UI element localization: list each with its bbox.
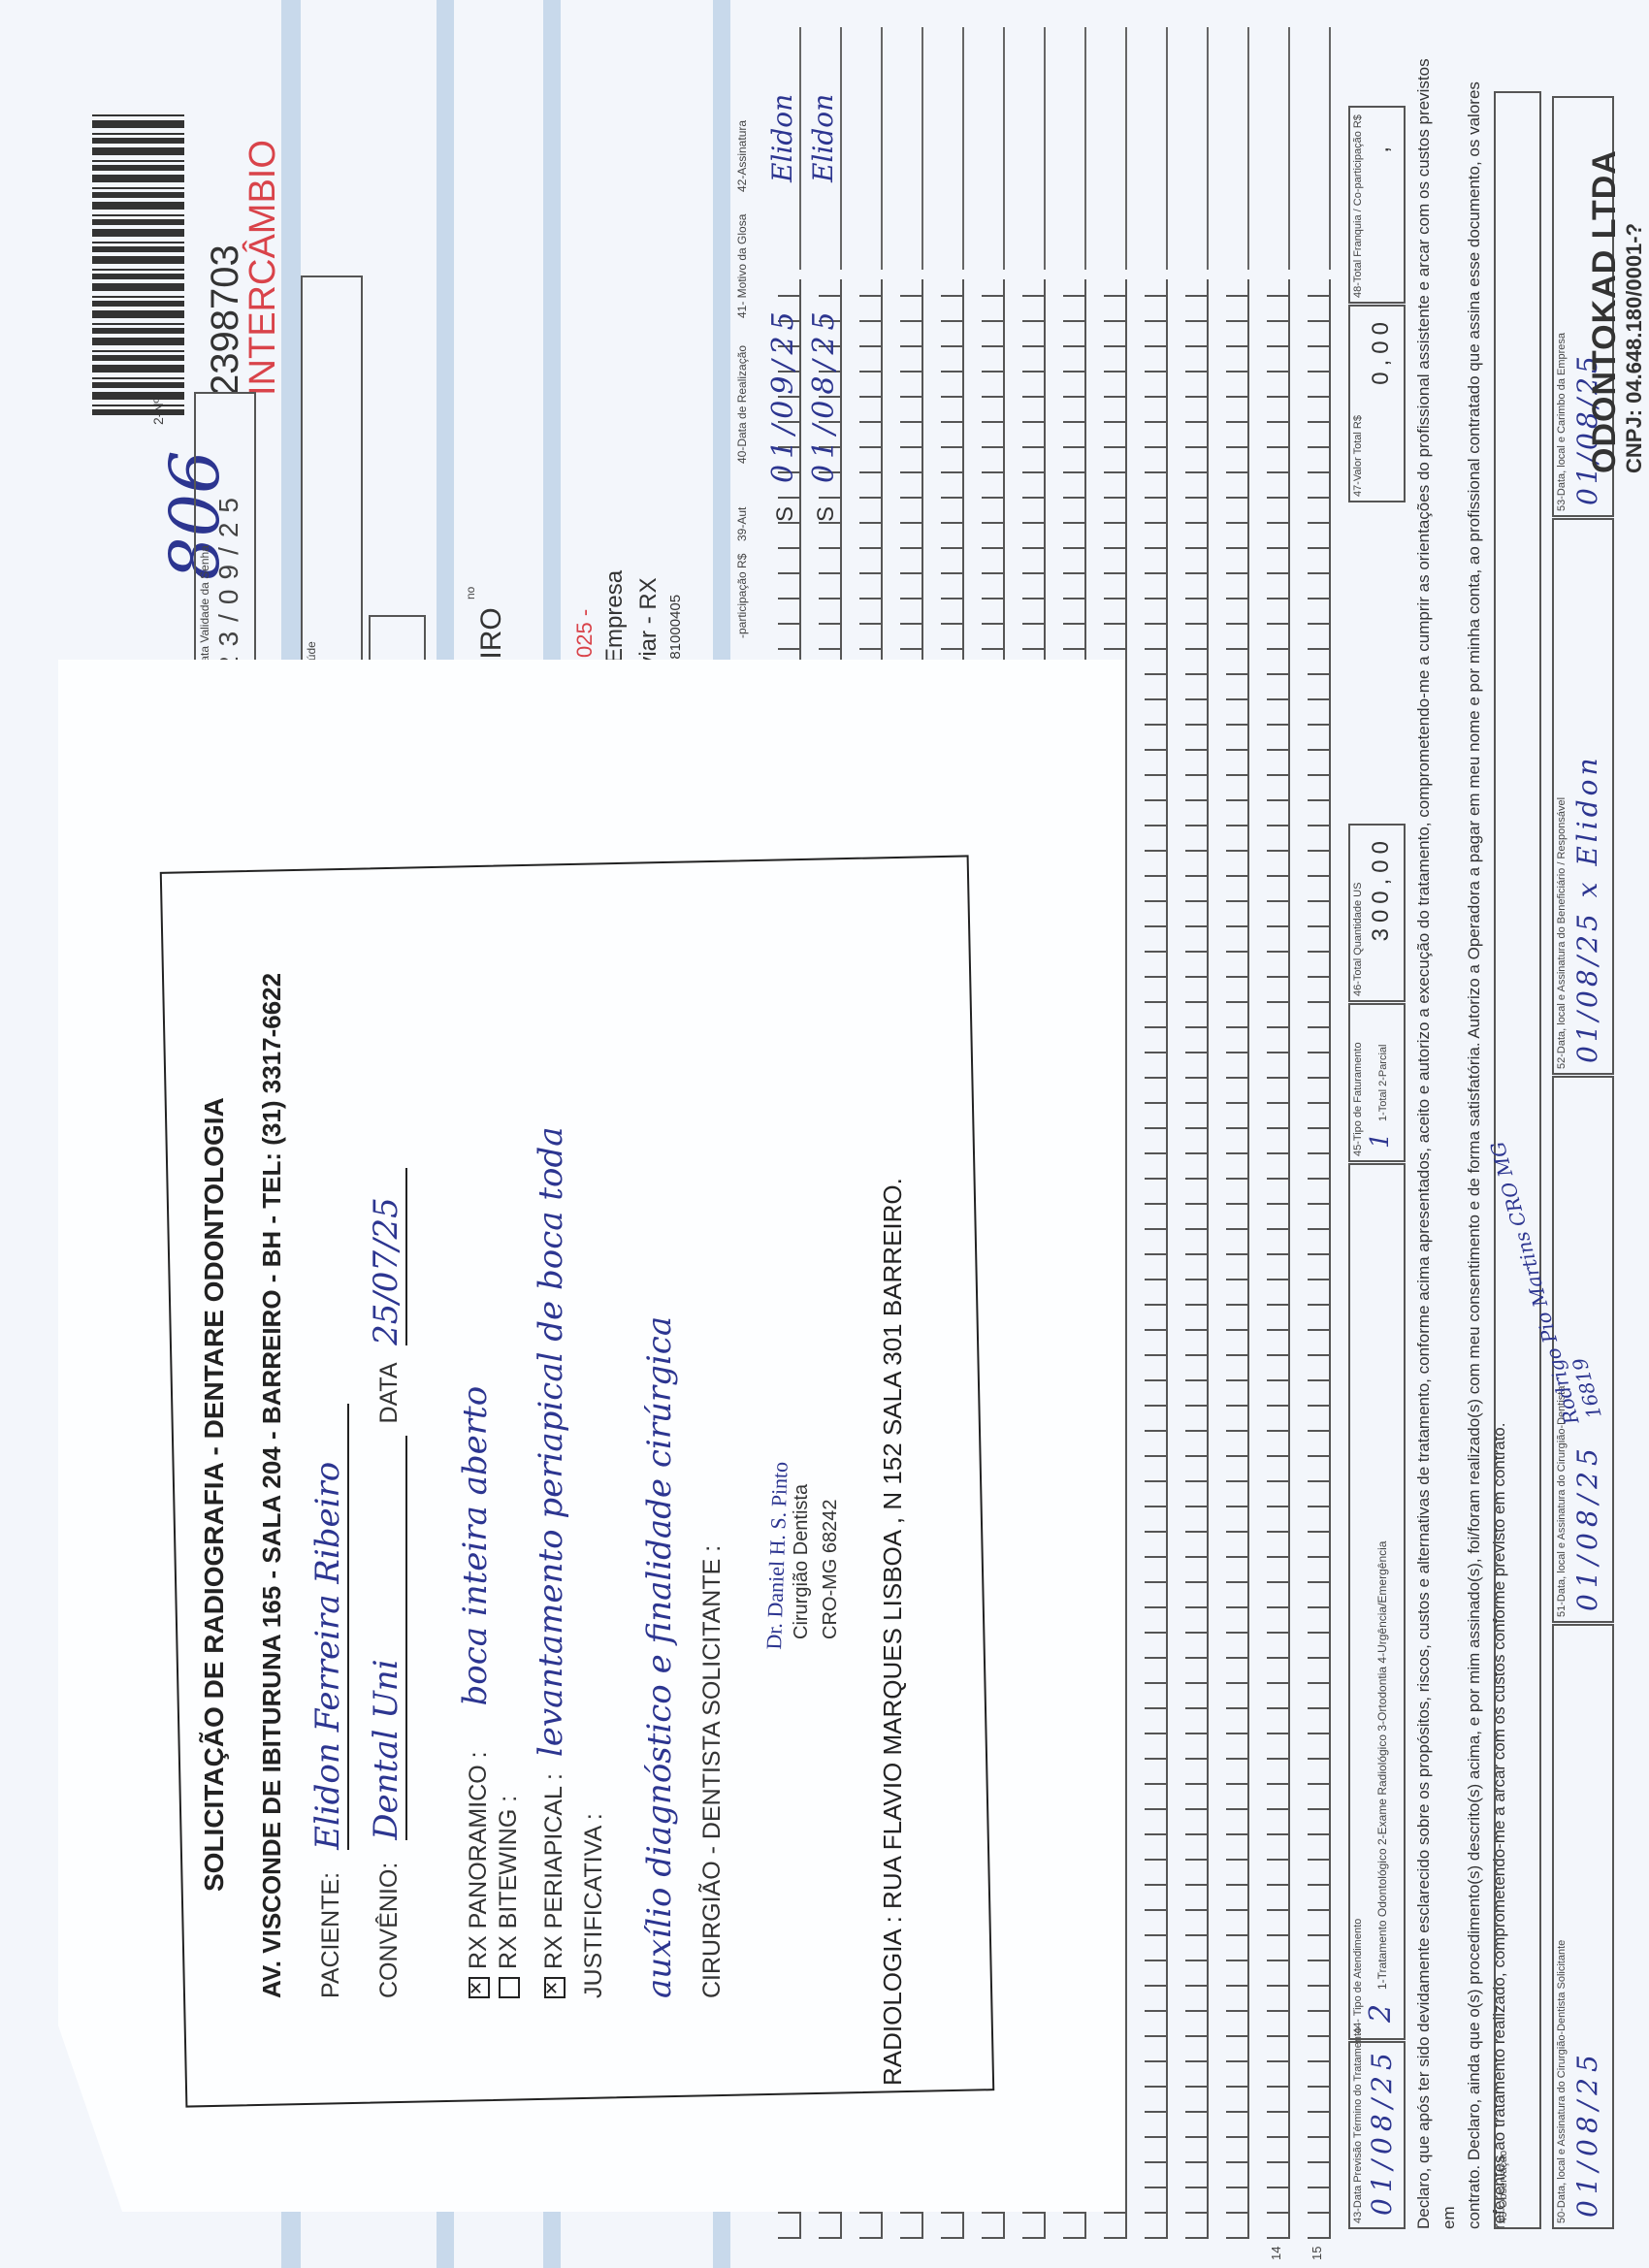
field-51-box: 51-Data, local e Assinatura do Cirurgião… xyxy=(1552,1076,1614,1623)
field-50-label: 50-Data, local e Assinatura do Cirurgião… xyxy=(1556,1940,1568,2223)
field-45-box: 45-Tipo de Faturamento 1 1-Total 2-Parci… xyxy=(1348,1003,1406,1162)
row-input-cells[interactable] xyxy=(1145,279,1168,2239)
signature-line xyxy=(799,27,801,270)
row-input-cells[interactable] xyxy=(1185,279,1209,2239)
field-44-label: 44- Tipo de Atendimento xyxy=(1352,1919,1364,2034)
signature-line xyxy=(1207,27,1209,270)
row-signature: Elidon xyxy=(807,94,839,182)
field-name-label: no xyxy=(464,587,477,599)
col-42: 42-Assinatura xyxy=(735,120,749,192)
data-label: DATA xyxy=(375,1364,403,1424)
note-line-2: levantamento periapical de boca toda xyxy=(532,1126,570,1757)
signature-line xyxy=(881,27,883,270)
field-52-value[interactable]: 01/08/25 x Elidon xyxy=(1571,754,1603,1063)
field-45-value[interactable]: 1 xyxy=(1366,1132,1395,1149)
table-row xyxy=(1255,17,1296,2239)
signature-line xyxy=(1125,27,1127,270)
field-43-value[interactable]: 01/08/25 xyxy=(1366,2047,1398,2216)
barcode-number: 2398703 xyxy=(204,244,247,396)
signature-line xyxy=(1247,27,1249,270)
barcode-icon xyxy=(92,114,184,415)
field-44-box: 44- Tipo de Atendimento 2 1-Tratamento O… xyxy=(1348,1163,1406,2040)
field-50-value[interactable]: 01/08/25 xyxy=(1571,2049,1603,2218)
checkbox-bitewing[interactable] xyxy=(499,1977,520,1998)
field-49-label: 49-Observação xyxy=(1498,2151,1509,2223)
field-46-box: 46-Total Quantidade US 300,00 xyxy=(1348,824,1406,1002)
field-44-options: 1-Tratamento Odontológico 2-Exame Radiol… xyxy=(1375,1541,1389,1990)
field-47-value[interactable]: 0,00 xyxy=(1368,316,1395,385)
justificativa-label: JUSTIFICATIVA : xyxy=(580,1813,607,1998)
row-input-cells[interactable] xyxy=(1226,279,1249,2239)
radiology-address: AV. VISCONDE DE IBITURUNA 165 - SALA 204… xyxy=(257,973,287,1998)
row-number: 15 xyxy=(1309,2247,1324,2260)
field-46-label: 46-Total Quantidade US xyxy=(1352,883,1364,996)
field-48-label: 48-Total Franquia / Co-participação R$ xyxy=(1352,114,1364,298)
option-periapical-label: RX PERIAPICAL : xyxy=(540,1773,567,1969)
option-panoramico-label: RX PANORAMICO : xyxy=(465,1751,492,1969)
company-stamp-name: ODONTOKAD LTDA xyxy=(1586,149,1624,473)
convenio-value[interactable]: Dental Uni xyxy=(367,1436,407,1839)
checkbox-periapical[interactable] xyxy=(544,1977,566,1998)
row-input-cells[interactable] xyxy=(1267,279,1290,2239)
field-44-value[interactable]: 2 xyxy=(1364,2004,1398,2023)
option-bitewing-label: RX BITEWING : xyxy=(495,1796,522,1969)
table-row xyxy=(1296,17,1337,2239)
cirurgiao-label: CIRURGIÃO - DENTISTA SOLICITANTE : xyxy=(698,1545,727,1998)
company-stamp-cnpj: CNPJ: 04.648.180/0001-? xyxy=(1622,223,1647,473)
radiology-title: SOLICITAÇÃO DE RADIOGRAFIA - DENTARE ODO… xyxy=(199,1097,230,1892)
field-52-label: 52-Data, local e Assinatura do Beneficiá… xyxy=(1556,797,1568,1069)
intercambio-label: INTERCÂMBIO xyxy=(242,140,284,396)
field-47-box: 47-Valor Total R$ 0,00 xyxy=(1348,305,1406,502)
option-bitewing[interactable]: RX BITEWING : xyxy=(495,1796,523,1998)
field-45-label: 45-Tipo de Faturamento xyxy=(1352,1042,1364,1156)
field-43-box: 43-Data Previsão Término do Tratamento 0… xyxy=(1348,2041,1406,2229)
radiologia-address: RADIOLOGIA : RUA FLAVIO MARQUES LISBOA ,… xyxy=(878,1178,908,2086)
field-53-label: 53-Data, local e Carimbo da Empresa xyxy=(1556,333,1568,511)
signature-line xyxy=(840,27,842,270)
note-line-1: boca inteira aberto xyxy=(456,1386,495,1706)
dentist-stamp-2: Cirurgião Dentista xyxy=(791,1484,813,1639)
field-7-box: 7-Data Validade da Senha 23/09/25 xyxy=(194,392,256,687)
paciente-value[interactable]: Elidon Ferreira Ribeiro xyxy=(308,1404,349,1850)
option-periapical[interactable]: RX PERIAPICAL : levantamento periapical … xyxy=(532,1126,570,1998)
signature-line xyxy=(921,27,923,270)
declaration-line-1: Declaro, que após ter sido devidamente e… xyxy=(1411,37,1462,2229)
col-39: 39-Aut xyxy=(735,507,749,541)
justificativa-row: JUSTIFICATIVA : xyxy=(580,1813,608,1998)
row-input-cells[interactable] xyxy=(1308,279,1331,2239)
table-row xyxy=(1174,17,1214,2239)
field-45-options: 1-Total 2-Parcial xyxy=(1377,1045,1389,1121)
paciente-label: PACIENTE: xyxy=(317,1872,344,1998)
field-7-value[interactable]: 23/09/25 xyxy=(213,488,244,671)
note-line-3: auxílio diagnóstico e finalidade cirúrgi… xyxy=(640,1316,679,1998)
field-46-value[interactable]: 300,00 xyxy=(1368,835,1395,941)
field-47-label: 47-Valor Total R$ xyxy=(1352,415,1364,497)
signature-line xyxy=(1329,27,1331,270)
field-48-box: 48-Total Franquia / Co-participação R$ , xyxy=(1348,106,1406,304)
data-value[interactable]: 25/07/25 xyxy=(367,1168,407,1345)
signature-line xyxy=(1166,27,1168,270)
signature-line xyxy=(1044,27,1046,270)
row-date: 01/09/25 xyxy=(766,306,800,483)
row-signature: Elidon xyxy=(766,94,798,182)
row-aut: S xyxy=(772,506,799,522)
field-48-value[interactable]: , xyxy=(1368,146,1395,153)
option-panoramico[interactable]: RX PANORAMICO : boca inteira aberto xyxy=(456,1386,495,1998)
field-52-box: 52-Data, local e Assinatura do Beneficiá… xyxy=(1552,518,1614,1075)
signature-line xyxy=(1084,27,1086,270)
signature-line xyxy=(962,27,964,270)
paciente-row: PACIENTE: Elidon Ferreira Ribeiro xyxy=(308,1404,347,1998)
checkbox-panoramico[interactable] xyxy=(469,1977,490,1998)
row-aut: S xyxy=(813,506,840,522)
convenio-row: CONVÊNIO: Dental Uni DATA 25/07/25 xyxy=(367,1168,405,1998)
table-row xyxy=(1133,17,1174,2239)
field-43-label: 43-Data Previsão Término do Tratamento xyxy=(1352,2027,1364,2223)
dentist-stamp-3: CRO-MG 68242 xyxy=(820,1500,842,1640)
field-50-box: 50-Data, local e Assinatura do Cirurgião… xyxy=(1552,1624,1614,2229)
row-date: 01/08/25 xyxy=(807,306,841,483)
convenio-label: CONVÊNIO: xyxy=(375,1863,403,1998)
signature-line xyxy=(1003,27,1005,270)
row-number: 14 xyxy=(1269,2247,1283,2260)
col-40: 40-Data de Realização xyxy=(735,345,749,464)
code-025: 025 - xyxy=(572,609,598,658)
signature-line xyxy=(1288,27,1290,270)
col-coparticipacao: -participação R$ xyxy=(735,554,749,638)
col-41: 41- Motivo da Glosa xyxy=(735,214,749,318)
field-51-value[interactable]: 01/08/25 xyxy=(1571,1442,1603,1611)
table-row xyxy=(1214,17,1255,2239)
